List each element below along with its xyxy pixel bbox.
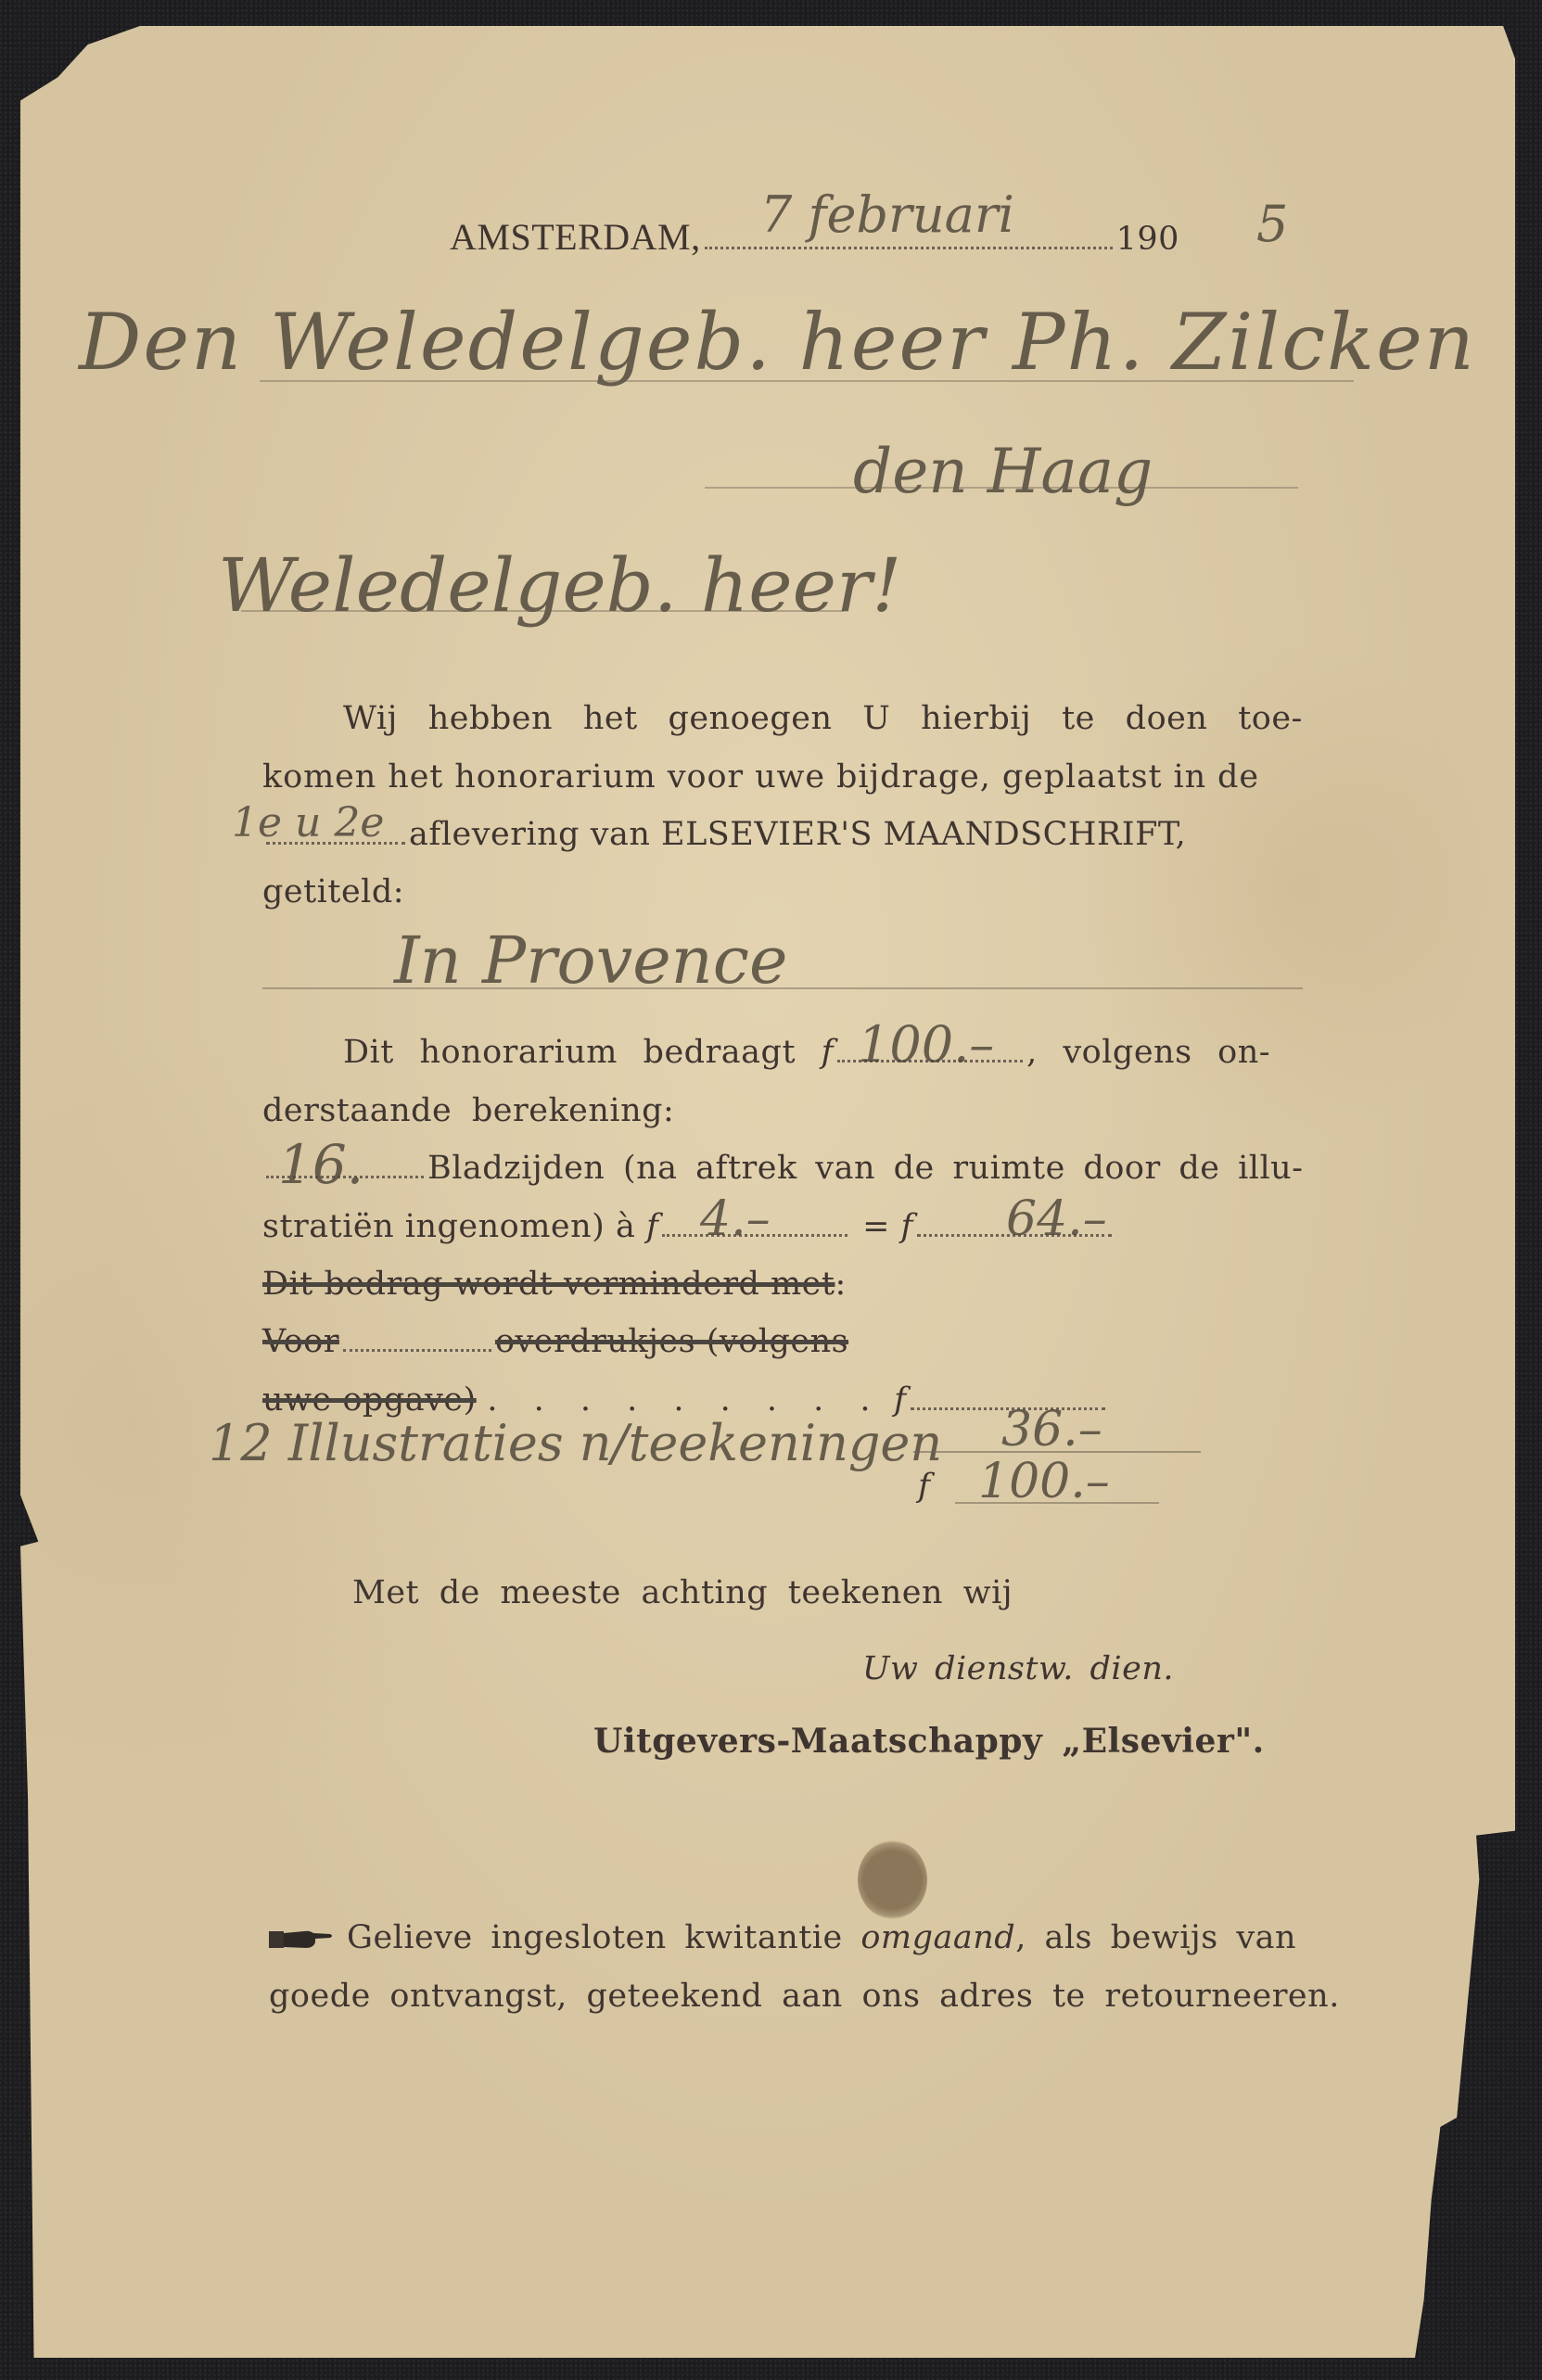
currency-symbol: f [901,1208,913,1245]
illustrations-amount: 36.– [1001,1402,1102,1457]
total-currency: f [918,1468,930,1505]
word: het [583,700,638,737]
colon: : [835,1266,846,1303]
salutation: Weledelgeb. heer! [218,542,901,629]
calc-line2: stratiën ingenomen) à f = f [262,1208,1115,1245]
pages-label: Bladzijden (na aftrek van de ruimte door… [427,1150,1304,1187]
servant-line: Uw dienstw. dien. [862,1650,1174,1687]
addressee-city: den Haag [853,436,1153,507]
word: hierbij [921,700,1031,737]
para1-line2: komen het honorarium voor uwe bijdrage, … [262,758,1259,795]
footnote-line1: Gelieve ingesloten kwitantie omgaand, al… [269,1919,1296,1956]
honorarium-label: Dit honorarium bedraagt [343,1034,796,1071]
equals-sign: = [862,1208,890,1245]
word: doen [1126,700,1208,737]
closing-line: Met de meeste achting teekenen wij [352,1574,1013,1611]
rate-label: stratiën ingenomen) à [262,1208,635,1245]
word: hebben [428,700,553,737]
struck-voor: Voor [262,1323,339,1360]
illustrations-handwritten: 12 Illustraties n/teekeningen [209,1414,942,1472]
offprints-dotted-line [343,1349,491,1352]
currency-symbol: f [894,1381,906,1419]
publisher-signature: Uitgevers-Maatschappy „Elsevier". [593,1722,1265,1761]
leader-dots: . . . . . . . . . [487,1381,883,1419]
struck-deduction-label: Dit bedrag wordt verminderd met [262,1266,835,1303]
calc-line5: uwe opgave) . . . . . . . . . f [262,1381,1109,1419]
struck-opgave: uwe opgave) [262,1381,477,1419]
title-dotted-line [262,987,1303,989]
calc-line4: Vooroverdrukjes (volgens [262,1323,848,1360]
calc-line1: Bladzijden (na aftrek van de ruimte door… [262,1150,1304,1187]
footnote-text-a: Gelieve ingesloten kwitantie [347,1919,843,1956]
salutation-dotted-line [241,610,844,612]
currency-symbol: f [646,1208,658,1245]
handwritten-year: 5 [1256,195,1288,253]
word: U [862,700,890,737]
footnote-italic: omgaand [860,1919,1015,1956]
pages-count: 16. [278,1133,363,1196]
total-amount: 100.– [978,1454,1110,1509]
pages-subtotal: 64.– [1006,1191,1107,1247]
currency-symbol: f [822,1034,834,1071]
city-dotted-line [705,487,1298,489]
date-dotted-line [705,247,1113,249]
journal-line: aflevering van ELSEVIER'S MAANDSCHRIFT, [409,816,1186,853]
ink-stain [858,1840,927,1919]
para1-line3: aflevering van ELSEVIER'S MAANDSCHRIFT, [262,816,1186,853]
addressee-name: Den Weledelgeb. heer Ph. Zilcken [79,297,1476,388]
para1-line4: getiteld: [262,873,404,910]
handwritten-date: 7 februari [760,185,1014,244]
para2-line1: Dit honorarium bedraagt f, volgens on- [343,1034,1270,1071]
pointing-hand-icon [269,1928,334,1952]
city-label: AMSTERDAM, [450,216,701,258]
year-printed: 190 [1116,221,1179,258]
issue-handwritten: 1e u 2e [232,799,384,846]
word: te [1062,700,1095,737]
word: toe- [1238,700,1303,737]
footnote-text-b: , als bewijs van [1015,1919,1296,1956]
footnote-line2: goede ontvangst, geteekend aan ons adres… [269,1978,1340,2015]
struck-offprints: overdrukjes (volgens [495,1323,848,1360]
calc-line3: Dit bedrag wordt verminderd met: [262,1266,847,1303]
para2-line2: derstaande berekening: [262,1092,674,1129]
word: genoegen [668,700,832,737]
sum-rule [913,1451,1201,1453]
honorarium-amount: 100.– [858,1015,994,1074]
honorarium-suffix: , volgens on- [1026,1034,1270,1071]
para1-line1: Wij hebben het genoegen U hierbij te doe… [343,700,1303,737]
word: Wij [343,700,398,737]
rate-value: 4.– [700,1191,771,1247]
addressee-dotted-line [260,380,1354,382]
